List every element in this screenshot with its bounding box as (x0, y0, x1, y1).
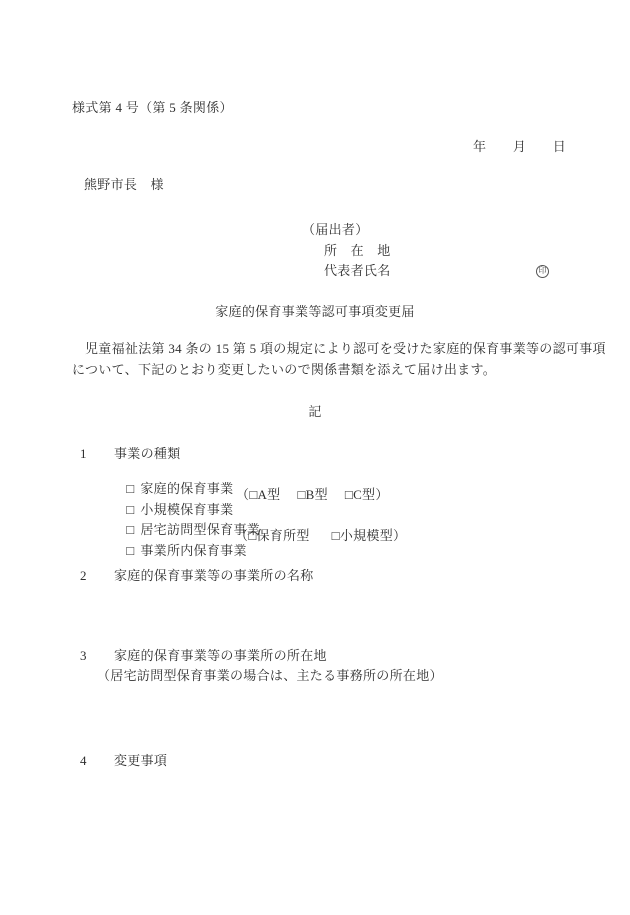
addressee: 熊野市長 様 (84, 177, 164, 192)
record-marker: 記 (0, 404, 630, 419)
option-shokibo-type: □小規模型 (332, 528, 393, 543)
seal-icon: 印 (536, 265, 549, 278)
shokibo-type-options: （□A型□B型□C型） (236, 487, 389, 502)
paren-close: ） (393, 528, 406, 543)
option-label: A型 (257, 487, 280, 502)
form-number: 様式第 4 号（第 5 条関係） (72, 100, 233, 115)
document-page: 様式第 4 号（第 5 条関係） 年 月 日 熊野市長 様 （届出者） 所 在 … (0, 0, 630, 915)
document-title: 家庭的保育事業等認可事項変更届 (0, 304, 630, 319)
paren-open: （ (235, 528, 248, 543)
notifier-label: （届出者） (302, 222, 369, 237)
checkbox-icon[interactable]: □ (332, 528, 340, 543)
checkbox-icon[interactable]: □ (345, 487, 353, 502)
notifier-representative-label: 代表者氏名 (324, 263, 391, 278)
option-c-type: □C型 (345, 487, 375, 502)
section-4-label: 変更事項 (114, 753, 167, 768)
section-2-number: 2 (80, 568, 87, 583)
option-a-type: □A型 (249, 487, 280, 502)
date-line: 年 月 日 (473, 139, 566, 154)
checkbox-icon[interactable]: □ (297, 487, 305, 502)
option-label: B型 (306, 487, 328, 502)
jigyoshonai-type-options: （□保育所型□小規模型） (235, 528, 406, 543)
body-text-line1: 児童福祉法第 34 条の 15 第 5 項の規定により認可を受けた家庭的保育事業… (85, 341, 606, 356)
checkbox-label: 事業所内保育事業 (140, 543, 246, 558)
body-text-line2: について、下記のとおり変更したいので関係書類を添えて届け出ます。 (72, 362, 496, 377)
option-hoikusho-type: □保育所型 (248, 528, 309, 543)
section-3-label: 家庭的保育事業等の事業所の所在地 (114, 648, 327, 663)
option-label: 保育所型 (256, 528, 309, 543)
option-label: 小規模型 (340, 528, 393, 543)
paren-close: ） (375, 487, 388, 502)
paren-open: （ (236, 487, 249, 502)
section-4-number: 4 (80, 753, 87, 768)
section-3-note: （居宅訪問型保育事業の場合は、主たる事務所の所在地） (97, 668, 443, 683)
section-1-label: 事業の種類 (114, 446, 181, 461)
section-1-number: 1 (80, 446, 87, 461)
notifier-address-label: 所 在 地 (324, 243, 391, 258)
checkbox-icon[interactable]: □ (126, 543, 134, 558)
section-2-label: 家庭的保育事業等の事業所の名称 (114, 568, 314, 583)
option-label: C型 (353, 487, 375, 502)
option-b-type: □B型 (297, 487, 327, 502)
seal-mark: 印 (536, 261, 549, 278)
section-3-number: 3 (80, 648, 87, 663)
